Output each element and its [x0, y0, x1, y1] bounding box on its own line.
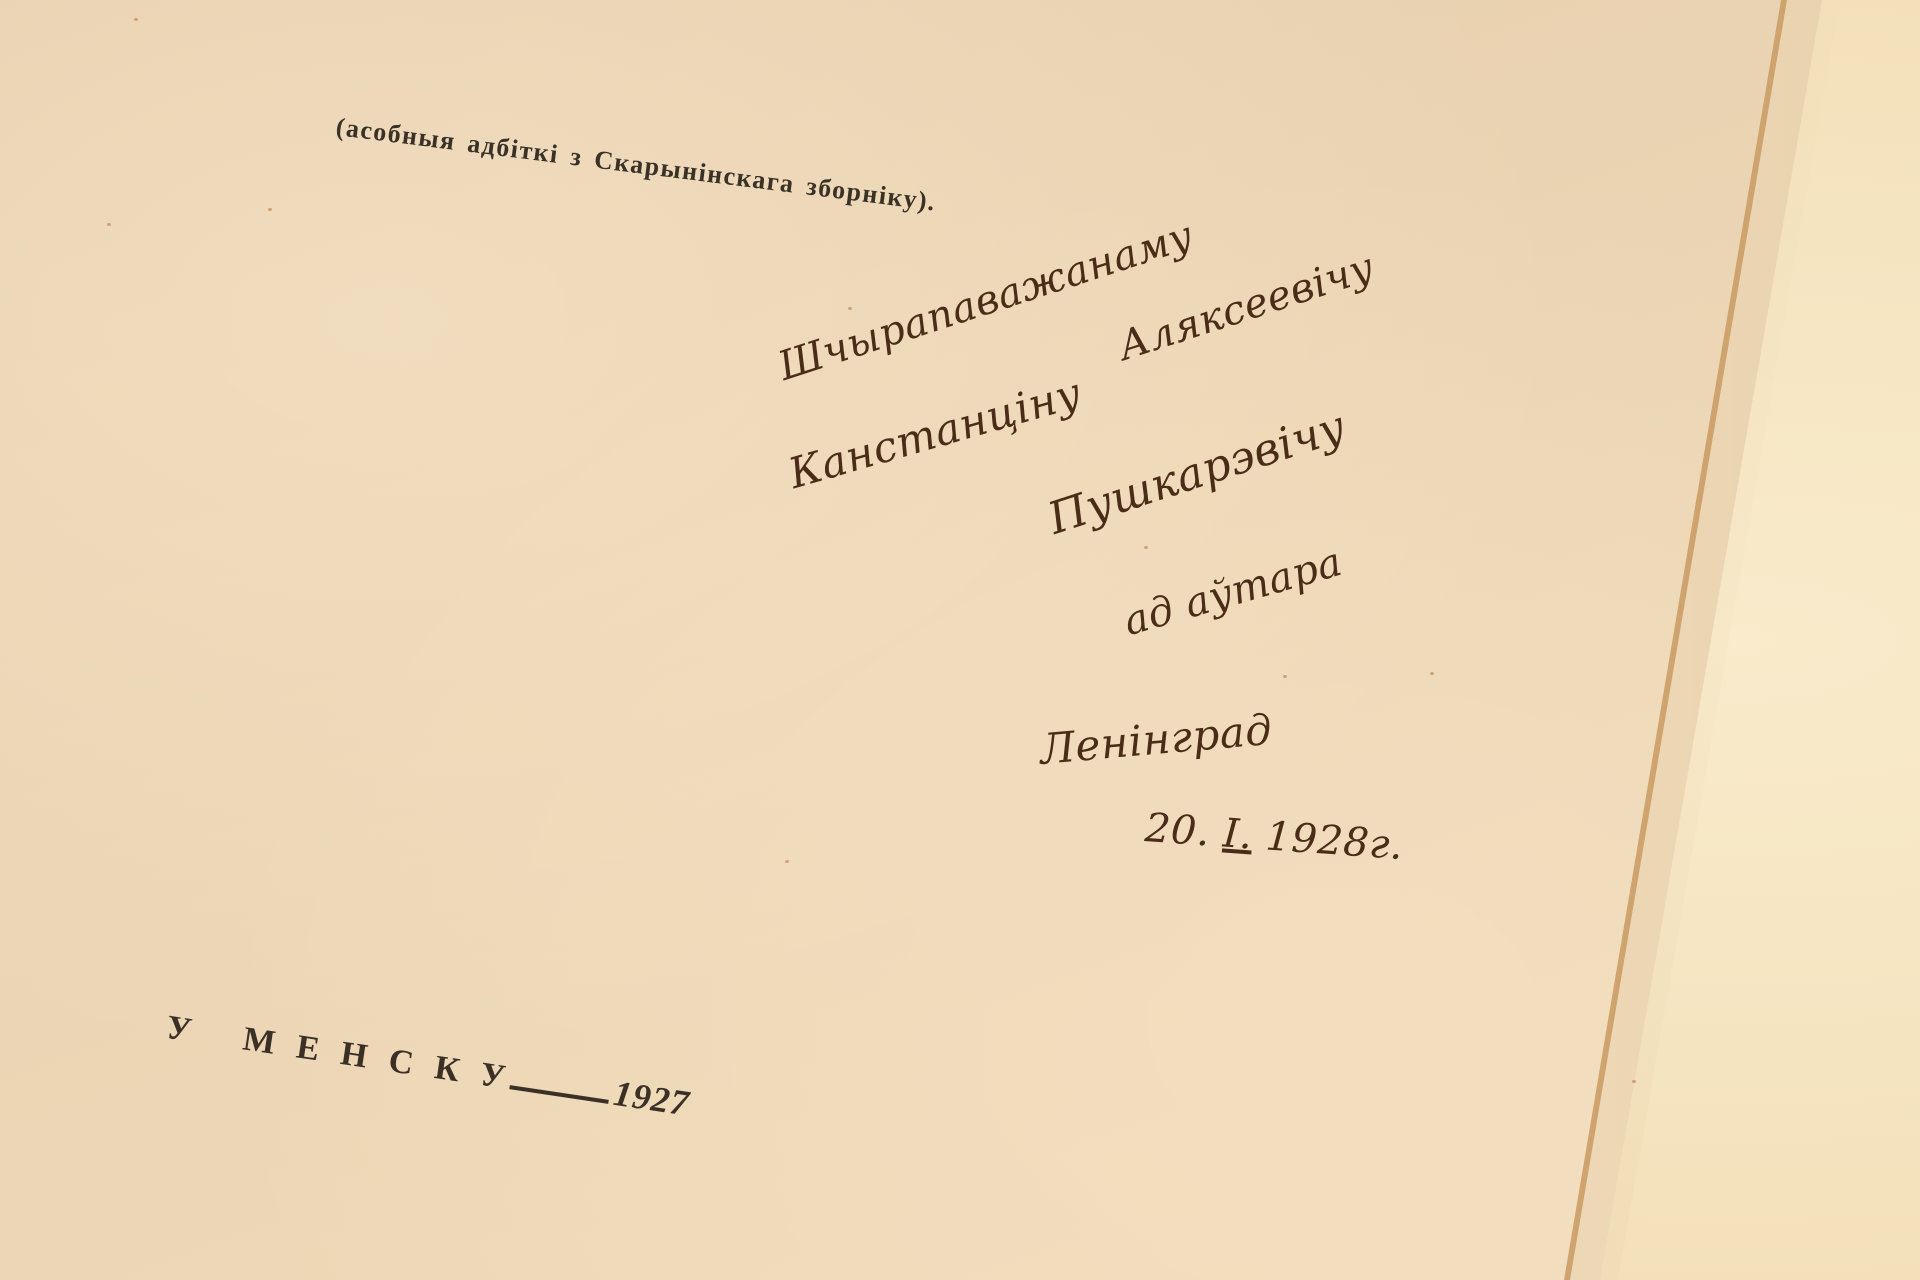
paper-speck: [785, 860, 789, 863]
paper-speck: [1283, 675, 1287, 678]
date-month: I.: [1222, 811, 1255, 859]
paper-speck: [107, 223, 111, 226]
paper-speck: [1632, 1080, 1636, 1083]
date-day: 20.: [1143, 805, 1211, 855]
paper-speck: [1144, 546, 1148, 549]
paper-speck: [848, 307, 852, 310]
paper-speck: [1430, 672, 1434, 675]
subtitle-word: з: [569, 142, 584, 172]
paper-speck: [134, 18, 138, 21]
date-year: 1928г.: [1264, 814, 1405, 869]
paper-speck: [268, 208, 272, 211]
